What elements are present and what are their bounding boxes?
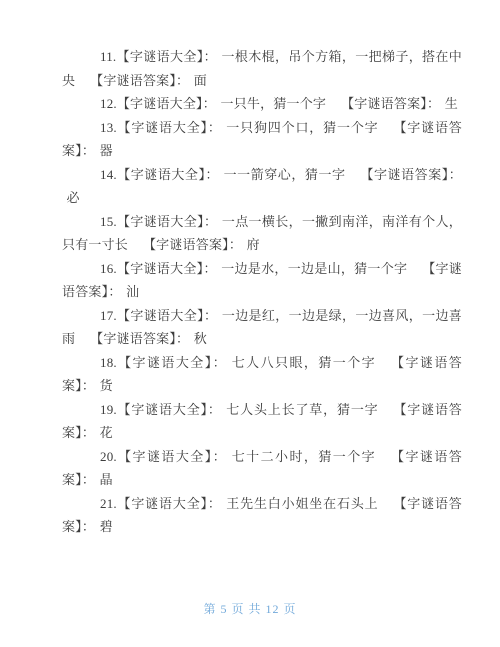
colon: ： (208, 402, 222, 417)
colon: ： (206, 167, 220, 182)
colon: ： (82, 425, 95, 440)
riddle-item: 20.【字谜语大全】：七十二小时，猜一个字【字谜语答案】：晶 (62, 445, 462, 492)
colon: ： (108, 284, 121, 299)
colon: ： (208, 496, 222, 511)
category-label: 【字谜语大全】 (116, 49, 203, 64)
answer-text: 货 (100, 378, 113, 393)
answer-text: 府 (247, 237, 260, 252)
colon: ： (82, 519, 95, 534)
item-number: 14. (100, 167, 117, 182)
category-label: 【字谜语大全】 (117, 96, 203, 111)
item-number: 17. (100, 308, 117, 323)
colon: ： (82, 472, 95, 487)
item-number: 21. (100, 496, 117, 511)
item-number: 15. (100, 214, 117, 229)
answer-label: 【字谜语答案】 (360, 167, 448, 182)
colon: ： (176, 73, 189, 88)
answer-text: 面 (194, 73, 207, 88)
page-number-footer: 第 5 页 共 12 页 (0, 600, 500, 617)
colon: ： (82, 143, 95, 158)
category-label: 【字谜语大全】 (117, 355, 213, 370)
riddle-text: 一一箭穿心，猜一字 (224, 167, 346, 182)
item-number: 11. (100, 49, 116, 64)
answer-text: 花 (100, 425, 113, 440)
category-label: 【字谜语大全】 (117, 449, 213, 464)
category-label: 【字谜语大全】 (117, 496, 208, 511)
colon: ： (176, 331, 189, 346)
item-number: 19. (100, 402, 117, 417)
riddle-item: 12.【字谜语大全】：一只牛，猜一个字【字谜语答案】：生 (62, 92, 462, 116)
answer-text: 秋 (194, 331, 207, 346)
colon: ： (213, 449, 227, 464)
document-page: 11.【字谜语大全】：一根木棍，吊个方箱，一把梯子，搭在中央【字谜语答案】：面 … (0, 0, 500, 647)
riddle-text: 王先生白小姐坐在石头上 (226, 496, 378, 511)
item-number: 20. (100, 449, 117, 464)
riddle-item: 17.【字谜语大全】：一边是红，一边是绿，一边喜风，一边喜雨【字谜语答案】：秋 (62, 304, 462, 351)
colon: ： (229, 237, 242, 252)
riddle-text: 一只牛，猜一个字 (221, 96, 327, 111)
item-number: 18. (100, 355, 117, 370)
riddle-text: 一边是水，一边是山，猜一个字 (221, 261, 407, 276)
category-label: 【字谜语大全】 (117, 167, 206, 182)
riddle-item: 19.【字谜语大全】：七人头上长了草，猜一字【字谜语答案】：花 (62, 398, 462, 445)
riddle-item: 16.【字谜语大全】：一边是水，一边是山，猜一个字【字谜语答案】：汕 (62, 257, 462, 304)
answer-text: 碧 (100, 519, 113, 534)
answer-label: 【字谜语答案】 (90, 331, 176, 346)
riddle-item: 18.【字谜语大全】：七人八只眼，猜一个字【字谜语答案】：货 (62, 351, 462, 398)
colon: ： (203, 96, 216, 111)
riddle-text: 一只狗四个口，猜一个字 (226, 120, 378, 135)
riddle-text: 七人八只眼，猜一个字 (232, 355, 376, 370)
riddle-text: 七人头上长了草，猜一字 (226, 402, 378, 417)
colon: ： (204, 214, 217, 229)
colon: ： (204, 49, 217, 64)
category-label: 【字谜语大全】 (117, 402, 208, 417)
riddle-item: 14.【字谜语大全】：一一箭穿心，猜一字【字谜语答案】：必 (62, 163, 462, 210)
riddle-text: 七十二小时，猜一个字 (232, 449, 376, 464)
colon: ： (204, 308, 217, 323)
answer-text: 必 (67, 190, 80, 205)
answer-label: 【字谜语答案】 (143, 237, 229, 252)
category-label: 【字谜语大全】 (117, 120, 208, 135)
item-number: 16. (100, 261, 117, 276)
answer-text: 生 (445, 96, 458, 111)
answer-label: 【字谜语答案】 (90, 73, 176, 88)
riddle-item: 13.【字谜语大全】：一只狗四个口，猜一个字【字谜语答案】：器 (62, 116, 462, 163)
riddle-item: 11.【字谜语大全】：一根木棍，吊个方箱，一把梯子，搭在中央【字谜语答案】：面 (62, 45, 462, 92)
answer-text: 汕 (126, 284, 139, 299)
colon: ： (427, 96, 440, 111)
riddle-item: 15.【字谜语大全】：一点一横长，一撇到南洋，南洋有个人，只有一寸长【字谜语答案… (62, 210, 462, 257)
category-label: 【字谜语大全】 (117, 261, 204, 276)
riddle-item: 21.【字谜语大全】：王先生白小姐坐在石头上【字谜语答案】：碧 (62, 492, 462, 539)
answer-label: 【字谜语答案】 (341, 96, 427, 111)
colon: ： (82, 378, 95, 393)
colon: ： (208, 120, 222, 135)
colon: ： (203, 261, 216, 276)
item-number: 12. (100, 96, 117, 111)
category-label: 【字谜语大全】 (117, 308, 204, 323)
category-label: 【字谜语大全】 (117, 214, 204, 229)
answer-text: 器 (100, 143, 113, 158)
colon: ： (213, 355, 227, 370)
answer-text: 晶 (100, 472, 113, 487)
colon: ： (449, 167, 462, 182)
item-number: 13. (100, 120, 117, 135)
